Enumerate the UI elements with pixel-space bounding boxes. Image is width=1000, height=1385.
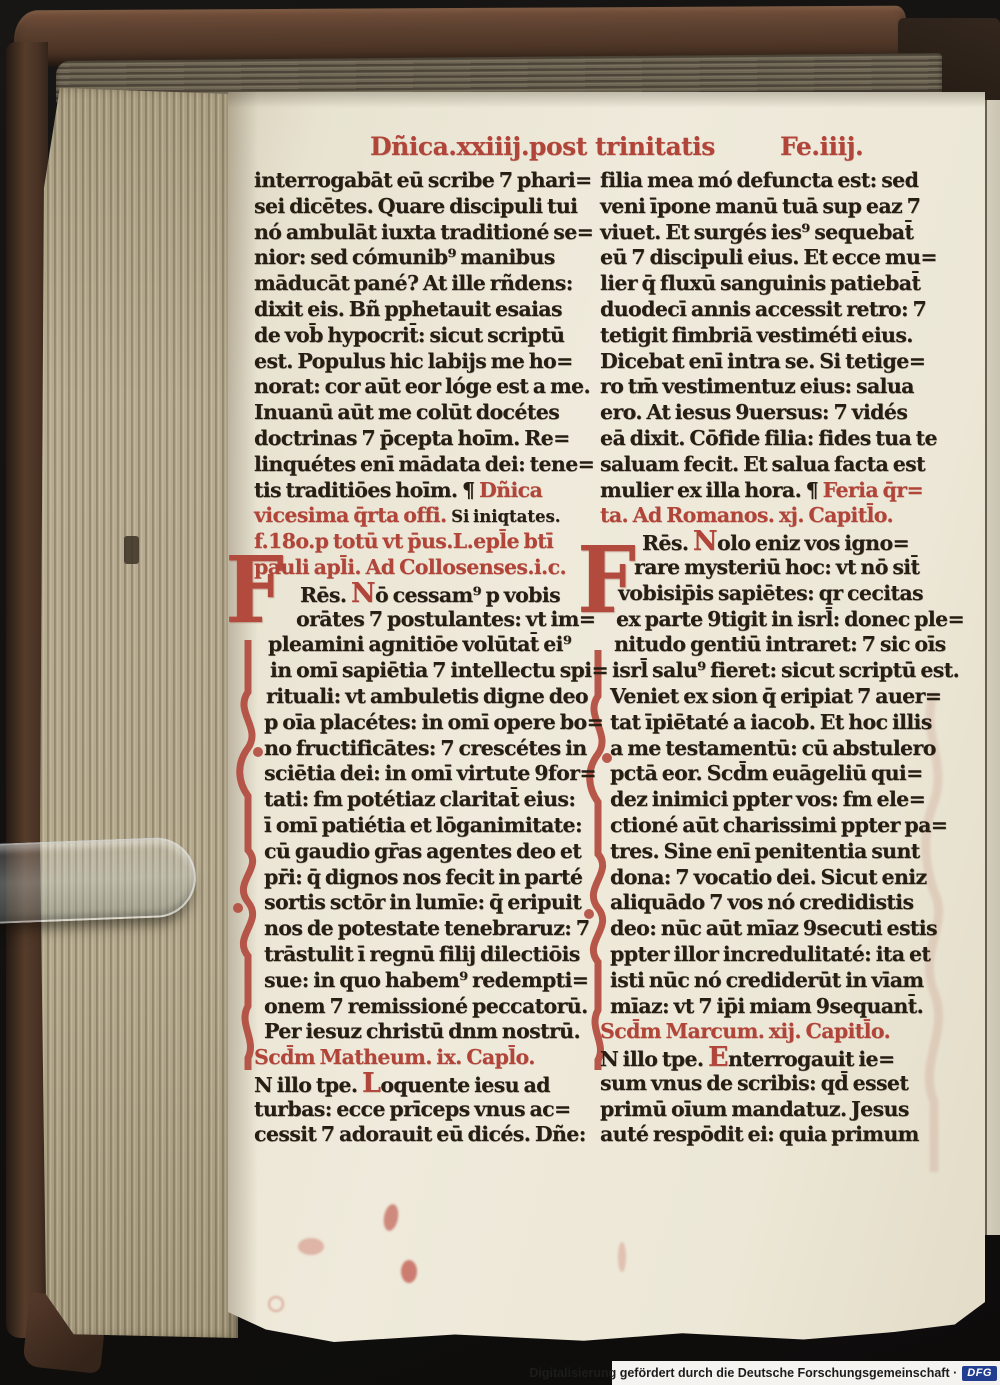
text-line: auté respōdit ei: quia primum xyxy=(600,1122,938,1148)
text-column-right: filia mea mó defuncta est: sedveni īpone… xyxy=(600,168,938,1148)
text-line: tetigit fimbriā vestiméti eius. xyxy=(600,323,938,349)
text-line: māducāt pané? At ille rñdens: xyxy=(254,271,590,297)
dfg-logo: DFG xyxy=(962,1366,997,1381)
text-line: f.18o.p totū vt p̄us.L.epl̄e btī xyxy=(254,529,590,555)
text-line: duodecī annis accessit retro: 7 xyxy=(600,297,938,323)
text-line: turbas: ecce prīceps vnus ac= xyxy=(254,1097,590,1123)
text-line: nior: sed cómunib⁹ manibus xyxy=(254,245,590,271)
text-line: cessit 7 adorauit eū dicés. Dñe: xyxy=(254,1122,590,1148)
text-line: tati: fm potétiaz claritat̄ eius: xyxy=(264,787,590,813)
text-line: est. Populus hic labijs me ho= xyxy=(254,349,590,375)
page-holder-strip xyxy=(0,836,197,924)
text-line: dona: 7 vocatio dei. Sicut eniz xyxy=(610,865,938,891)
text-line: sortis sctōr in lumīe: q̄ eripuit xyxy=(264,890,590,916)
text-line: rituali: vt ambuletis digne deo xyxy=(266,684,590,710)
text-line: tis traditiōes hoīm. ¶ Dñica xyxy=(254,478,590,504)
text-line: lier q̄ fluxū sanguinis patiebat̄ xyxy=(600,271,938,297)
text-line: aliquādo 7 vos nó credidistis xyxy=(610,890,938,916)
text-line: nitudo gentiū intraret: 7 sic oīs xyxy=(614,632,938,658)
text-line: primū oīum mandatuz. Jesus xyxy=(600,1097,938,1123)
text-line: viuet. Et surgés ies⁹ sequebat̄ xyxy=(600,220,938,246)
folio-mark: Fe.iiij. xyxy=(780,132,863,161)
text-line: Rēs. Nō cessam⁹ p vobis xyxy=(300,581,590,607)
ink-stain xyxy=(401,1260,417,1283)
text-line: trāstulit ī regnū filij dilectiōis xyxy=(264,942,590,968)
text-line: orātes 7 postulantes: vt im= xyxy=(296,607,590,633)
text-line: ro tm̄ vestimentuz eius: salua xyxy=(600,374,938,400)
text-line: interrogabāt eū scribe 7 phari= xyxy=(254,168,590,194)
text-line: N illo tpe. Loquente iesu ad xyxy=(254,1071,590,1097)
text-line: ero. At iesus 9uersus: 7 vidés xyxy=(600,400,938,426)
text-line: in omī sapiētia 7 intellectu spi= xyxy=(270,658,590,684)
digitization-credit-bar: Digitalisierung gefördert durch die Deut… xyxy=(612,1361,1000,1385)
text-line: eā dixit. Cōfide filia: fides tua te xyxy=(600,426,938,452)
text-line: norat: cor aūt eor lóge est a me. xyxy=(254,374,590,400)
scanned-incunabulum-photo: { "document_type": "digitized incunabulu… xyxy=(0,0,1000,1385)
text-line: Scd̄m Marcum. xij. Capitl̄o. xyxy=(600,1019,938,1045)
text-line: tres. Sine enī penitentia sunt xyxy=(610,839,938,865)
text-line: pleamini agnitiōe volūtat̄ ei⁹ xyxy=(268,632,590,658)
text-line: ī omī patiétia et lōganimitate: xyxy=(264,813,590,839)
text-line: Rēs. Nolo eniz vos igno= xyxy=(642,529,938,555)
text-line: Veniet ex sion q̄ eripiat 7 auer= xyxy=(610,684,938,710)
text-line: nos de potestate tenebraruz: 7 xyxy=(264,916,590,942)
credit-text: Digitalisierung gefördert durch die Deut… xyxy=(529,1366,957,1380)
text-line: rare mysteriū hoc: vt nō sit̄ xyxy=(634,555,938,581)
text-line: pctā eor. Scd̄m euāgeliū qui= xyxy=(610,761,938,787)
text-line: Dicebat enī intra se. Si tetige= xyxy=(600,349,938,375)
text-line: veni īpone manū tuā sup eaz 7 xyxy=(600,194,938,220)
text-line: Inuanū aūt me colūt docétes xyxy=(254,400,590,426)
text-line: a me testamentū: cū abstulero xyxy=(610,736,938,762)
text-line: mulier ex illa hora. ¶ Feria q̄r= xyxy=(600,478,938,504)
text-line: isrl̄ salu⁹ fieret: sicut scriptū est. xyxy=(612,658,938,684)
text-line: mīaz: vt 7 ip̄i miam 9sequant̄. xyxy=(610,994,938,1020)
text-line: de vob̄ hypocrit̄: sicut scriptū xyxy=(254,323,590,349)
text-line: ex parte 9tigit in isrl̄: donec ple= xyxy=(616,607,938,633)
clasp-mark xyxy=(124,536,139,564)
text-line: vicesima q̄rta offi. Si iniqtates. xyxy=(254,503,590,529)
text-line: ppter illor incredulitaté: ita et xyxy=(610,942,938,968)
text-line: filia mea mó defuncta est: sed xyxy=(600,168,938,194)
text-line: onem 7 remissioné peccatorū. xyxy=(264,994,590,1020)
text-line: N illo tpe. Enterrogauit ie= xyxy=(600,1045,938,1071)
text-line: dixit eis. Bñ pphetauit esaias xyxy=(254,297,590,323)
text-line: cū gaudio gr̄as agentes deo et xyxy=(264,839,590,865)
page-stack-fore-edge xyxy=(40,88,238,1338)
text-line: doctrinas 7 p̄cepta hoīm. Re= xyxy=(254,426,590,452)
text-line: p oīa placétes: in omī opere bo= xyxy=(264,710,590,736)
underlying-page-edges xyxy=(985,100,1000,1235)
text-line: dez inimici ppter vos: fm ele= xyxy=(610,787,938,813)
text-line: eū 7 discipuli eius. Et ecce mu= xyxy=(600,245,938,271)
ink-stain xyxy=(298,1238,324,1255)
text-line: Per iesuz christū dnm nostrū. xyxy=(264,1019,590,1045)
text-line: sciētia dei: in omī virtute 9for= xyxy=(264,761,590,787)
text-line: sei dicētes. Quare discipuli tui xyxy=(254,194,590,220)
text-line: ctioné aūt charissimi ppter pa= xyxy=(610,813,938,839)
text-line: no fructificātes: 7 crescétes in xyxy=(264,736,590,762)
text-line: Scd̄m Matheum. ix. Capl̄o. xyxy=(254,1045,590,1071)
text-line: pauli apl̄i. Ad Collosenses.i.c. xyxy=(254,555,590,581)
text-column-left: interrogabāt eū scribe 7 phari=sei dicēt… xyxy=(254,168,590,1148)
text-line: sum vnus de scribis: qd̄ esset xyxy=(600,1071,938,1097)
text-line: saluam fecit. Et salua facta est xyxy=(600,452,938,478)
text-line: pr̄i: q̄ dignos nos fecit in parté xyxy=(264,865,590,891)
text-line: deo: nūc aūt mīaz 9secuti estis xyxy=(610,916,938,942)
recto-page: Dñica.xxiiij.post trinitatis Fe.iiij. F … xyxy=(228,92,985,1342)
text-line: isti nūc nó crediderūt in vīam xyxy=(610,968,938,994)
ink-stain xyxy=(268,1296,284,1312)
ink-stain xyxy=(618,1242,626,1272)
text-line: ta. Ad Romanos. xj. Capitl̄o. xyxy=(600,503,938,529)
page-header-rubric: Dñica.xxiiij.post trinitatis xyxy=(370,132,715,161)
text-line: nó ambulāt iuxta traditioné se= xyxy=(254,220,590,246)
text-line: vobisip̄is sapiētes: qr cecitas xyxy=(618,581,938,607)
text-line: linquétes enī mādata dei: tene= xyxy=(254,452,590,478)
text-line: sue: in quo habem⁹ redempti= xyxy=(264,968,590,994)
ink-stain xyxy=(382,1203,400,1232)
text-line: tat īpiētaté a iacob. Et hoc illis xyxy=(610,710,938,736)
